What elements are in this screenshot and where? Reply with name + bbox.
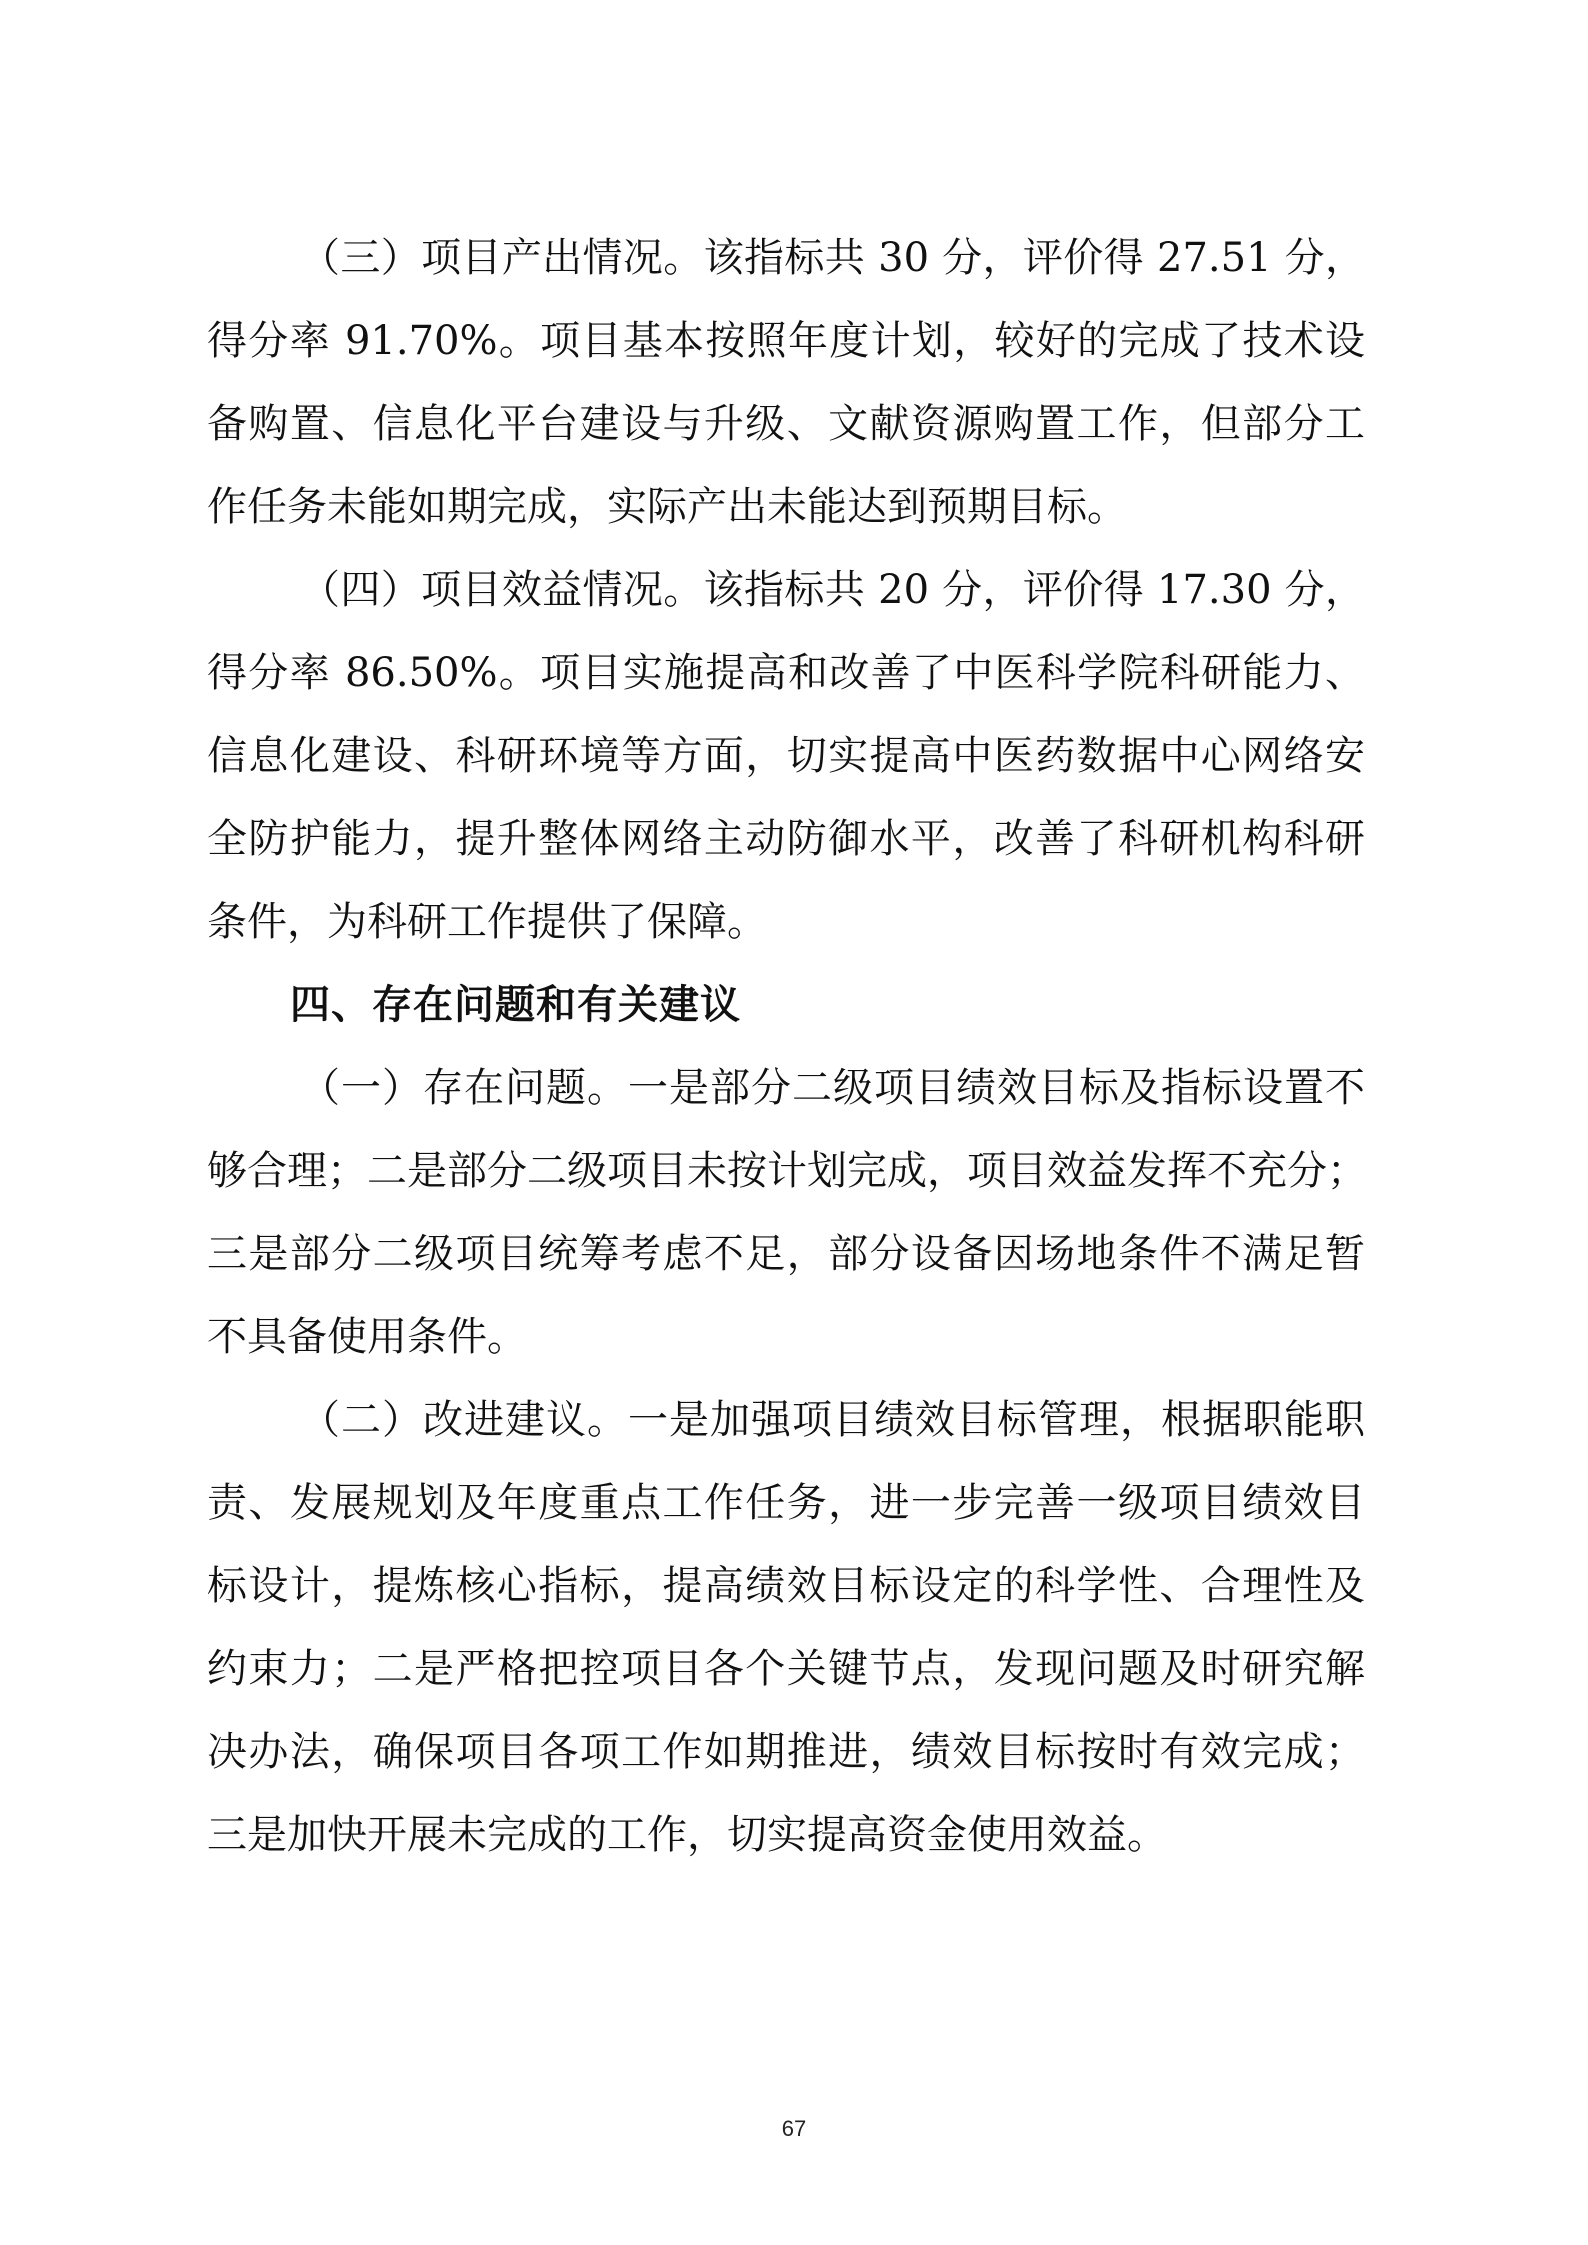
page-number: 67 xyxy=(0,2116,1588,2142)
paragraph-line: （四）项目效益情况。该指标共 20 分，评价得 17.30 分， xyxy=(300,560,1365,620)
paragraph-line: 三是加快开展未完成的工作，切实提高资金使用效益。 xyxy=(207,1805,1365,1865)
paragraph-line: 不具备使用条件。 xyxy=(207,1307,1365,1367)
document-page: （三）项目产出情况。该指标共 30 分，评价得 27.51 分， 得分率 91.… xyxy=(0,0,1588,2245)
paragraph-line: 标设计，提炼核心指标，提高绩效目标设定的科学性、合理性及 xyxy=(207,1556,1365,1616)
paragraph-line: 条件，为科研工作提供了保障。 xyxy=(207,892,1365,952)
paragraph-line: 三是部分二级项目统筹考虑不足，部分设备因场地条件不满足暂 xyxy=(207,1224,1365,1284)
paragraph-line: 信息化建设、科研环境等方面，切实提高中医药数据中心网络安 xyxy=(207,726,1365,786)
section-heading: 四、存在问题和有关建议 xyxy=(290,975,741,1035)
paragraph-line: 得分率 86.50%。项目实施提高和改善了中医科学院科研能力、 xyxy=(207,643,1365,703)
paragraph-line: 够合理；二是部分二级项目未按计划完成，项目效益发挥不充分； xyxy=(207,1141,1365,1201)
paragraph-line: 约束力；二是严格把控项目各个关键节点，发现问题及时研究解 xyxy=(207,1639,1365,1699)
paragraph-line: 决办法，确保项目各项工作如期推进，绩效目标按时有效完成； xyxy=(207,1722,1365,1782)
paragraph-line: （一）存在问题。一是部分二级项目绩效目标及指标设置不 xyxy=(300,1058,1365,1118)
paragraph-line: （二）改进建议。一是加强项目绩效目标管理，根据职能职 xyxy=(300,1390,1365,1450)
paragraph-line: 得分率 91.70%。项目基本按照年度计划，较好的完成了技术设 xyxy=(207,311,1365,371)
paragraph-line: （三）项目产出情况。该指标共 30 分，评价得 27.51 分， xyxy=(300,228,1365,288)
paragraph-line: 责、发展规划及年度重点工作任务，进一步完善一级项目绩效目 xyxy=(207,1473,1365,1533)
paragraph-line: 备购置、信息化平台建设与升级、文献资源购置工作，但部分工 xyxy=(207,394,1365,454)
paragraph-line: 全防护能力，提升整体网络主动防御水平，改善了科研机构科研 xyxy=(207,809,1365,869)
paragraph-line: 作任务未能如期完成，实际产出未能达到预期目标。 xyxy=(207,477,1365,537)
